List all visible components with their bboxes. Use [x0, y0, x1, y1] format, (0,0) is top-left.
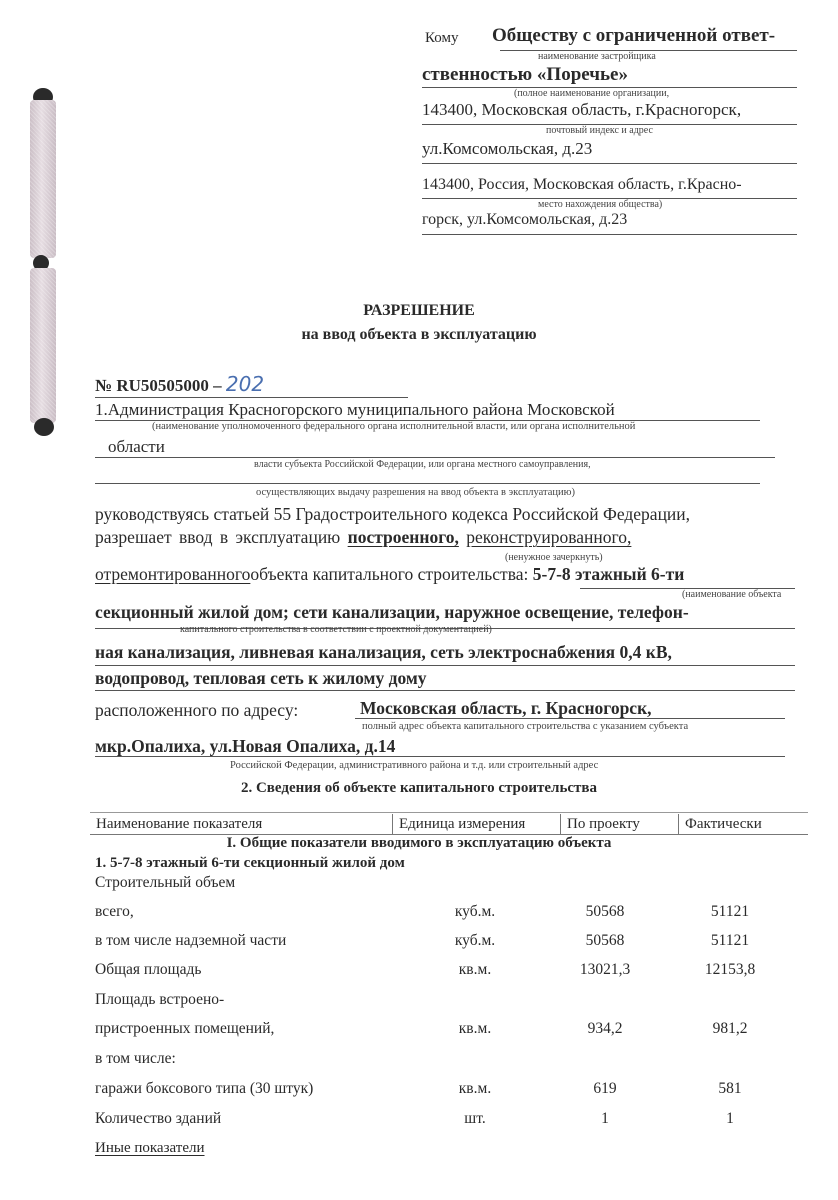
address-label: расположенного по адресу: [95, 700, 298, 721]
caption-object-name-2: капитального строительства в соответстви… [180, 624, 492, 635]
recipient-line-5: 143400, Россия, Московская область, г.Кр… [422, 176, 742, 194]
other-indicators: Иные показатели [95, 1140, 205, 1157]
recipient-line-3: 143400, Московская область, г.Красногорс… [422, 100, 741, 120]
caption-developer-name: наименование застройщика [538, 51, 656, 62]
caption-address-1: полный адрес объекта капитального строит… [362, 721, 688, 732]
permit-number: № RU50505000 – 202 [95, 372, 264, 396]
body-line-5: ная канализация, ливневая канализация, с… [95, 642, 672, 663]
option-built: построенного, [348, 527, 459, 547]
caption-address-2: Российской Федерации, административного … [230, 760, 598, 771]
body-line-2: разрешает ввод в эксплуатацию построенно… [95, 527, 631, 548]
recipient-label: Кому [425, 30, 458, 47]
ribbon-knot-bottom [34, 418, 54, 436]
ribbon-upper [30, 100, 56, 258]
option-repaired: отремонтированного [95, 564, 250, 584]
row-unit: куб.м. [425, 932, 525, 950]
body-line-3: отремонтированногообъекта капитального с… [95, 564, 684, 585]
row-project: 934,2 [550, 1020, 660, 1038]
row-project: 1 [550, 1110, 660, 1128]
address-line-1: Московская область, г. Красногорск, [360, 698, 652, 719]
caption-strike-out: (ненужное зачеркнуть) [505, 552, 603, 563]
row-unit: куб.м. [425, 903, 525, 921]
table-row: всего, куб.м. 50568 51121 [95, 903, 795, 925]
permit-number-handwritten: 202 [226, 372, 264, 396]
group-title: I. Общие показатели вводимого в эксплуат… [0, 835, 838, 852]
row-name: Общая площадь [95, 961, 201, 979]
other-indicators-label: Иные показатели [95, 1140, 205, 1156]
row-name: в том числе: [95, 1050, 176, 1068]
caption-issuer-3: осуществляющих выдачу разрешения на ввод… [256, 487, 575, 498]
row-unit: кв.м. [425, 961, 525, 979]
row-unit: кв.м. [425, 1020, 525, 1038]
body-line-3-text: объекта капитального строительства: [250, 564, 528, 584]
recipient-line-4: ул.Комсомольская, д.23 [422, 139, 592, 159]
row-project: 619 [550, 1080, 660, 1098]
row-name: Количество зданий [95, 1110, 221, 1128]
table-row: в том числе надземной части куб.м. 50568… [95, 932, 795, 954]
body-line-2-prefix: разрешает ввод в эксплуатацию [95, 527, 340, 547]
row-name: в том числе надземной части [95, 932, 286, 950]
row-unit: кв.м. [425, 1080, 525, 1098]
row-name: всего, [95, 903, 134, 921]
table-row: пристроенных помещений, кв.м. 934,2 981,… [95, 1020, 795, 1042]
section-2-title: 2. Сведения об объекте капитального стро… [0, 780, 838, 797]
permit-number-prefix: № RU50505000 – [95, 376, 222, 395]
object-title: 1. 5-7-8 этажный 6-ти секционный жилой д… [95, 855, 405, 872]
row-actual: 1 [675, 1110, 785, 1128]
row-project: 50568 [550, 932, 660, 950]
document-title: РАЗРЕШЕНИЕ [0, 302, 838, 320]
recipient-line-6: горск, ул.Комсомольская, д.23 [422, 211, 627, 229]
recipient-line-2: ственностью «Поречье» [422, 64, 628, 86]
caption-location: место нахождения общества) [538, 199, 662, 210]
row-actual: 12153,8 [675, 961, 785, 979]
column-header-project: По проекту [560, 814, 678, 834]
row-unit: шт. [425, 1110, 525, 1128]
recipient-line-1: Обществу с ограниченной ответ- [492, 25, 775, 47]
row-name: Строительный объем [95, 874, 235, 892]
caption-postal-address: почтовый индекс и адрес [546, 125, 653, 136]
row-project: 13021,3 [550, 961, 660, 979]
table-row: Количество зданий шт. 1 1 [95, 1110, 795, 1132]
option-reconstructed: реконструированного, [466, 527, 631, 547]
row-name: пристроенных помещений, [95, 1020, 274, 1038]
object-name-start: 5-7-8 этажный 6-ти [533, 564, 685, 584]
issuer-line-2: области [108, 437, 165, 457]
column-header-actual: Фактически [678, 814, 808, 834]
ribbon-lower [30, 268, 56, 423]
caption-object-name: (наименование объекта [682, 589, 781, 600]
table-row: Общая площадь кв.м. 13021,3 12153,8 [95, 961, 795, 983]
row-actual: 981,2 [675, 1020, 785, 1038]
row-name: Площадь встроено- [95, 991, 224, 1009]
row-actual: 51121 [675, 903, 785, 921]
caption-issuer-2: власти субъекта Российской Федерации, ил… [254, 459, 591, 470]
row-actual: 581 [675, 1080, 785, 1098]
issuer-line-1: 1.Администрация Красногорского муниципал… [95, 400, 615, 420]
address-line-2: мкр.Опалиха, ул.Новая Опалиха, д.14 [95, 736, 395, 757]
table-row: в том числе: [95, 1050, 795, 1072]
document-subtitle: на ввод объекта в эксплуатацию [0, 326, 838, 344]
table-row: гаражи боксового типа (30 штук) кв.м. 61… [95, 1080, 795, 1102]
body-line-4: секционный жилой дом; сети канализации, … [95, 602, 689, 623]
caption-full-org-name: (полное наименование организации, [514, 88, 669, 99]
row-name: гаражи боксового типа (30 штук) [95, 1080, 313, 1098]
column-header-unit: Единица измерения [392, 814, 560, 834]
body-line-6: водопровод, тепловая сеть к жилому дому [95, 668, 427, 689]
body-line-1: руководствуясь статьей 55 Градостроитель… [95, 504, 690, 525]
row-actual: 51121 [675, 932, 785, 950]
row-project: 50568 [550, 903, 660, 921]
caption-issuer-1: (наименование уполномоченного федерально… [152, 421, 635, 432]
column-header-name: Наименование показателя [90, 814, 392, 834]
table-row: Строительный объем [95, 874, 795, 896]
table-row: Площадь встроено- [95, 991, 795, 1013]
